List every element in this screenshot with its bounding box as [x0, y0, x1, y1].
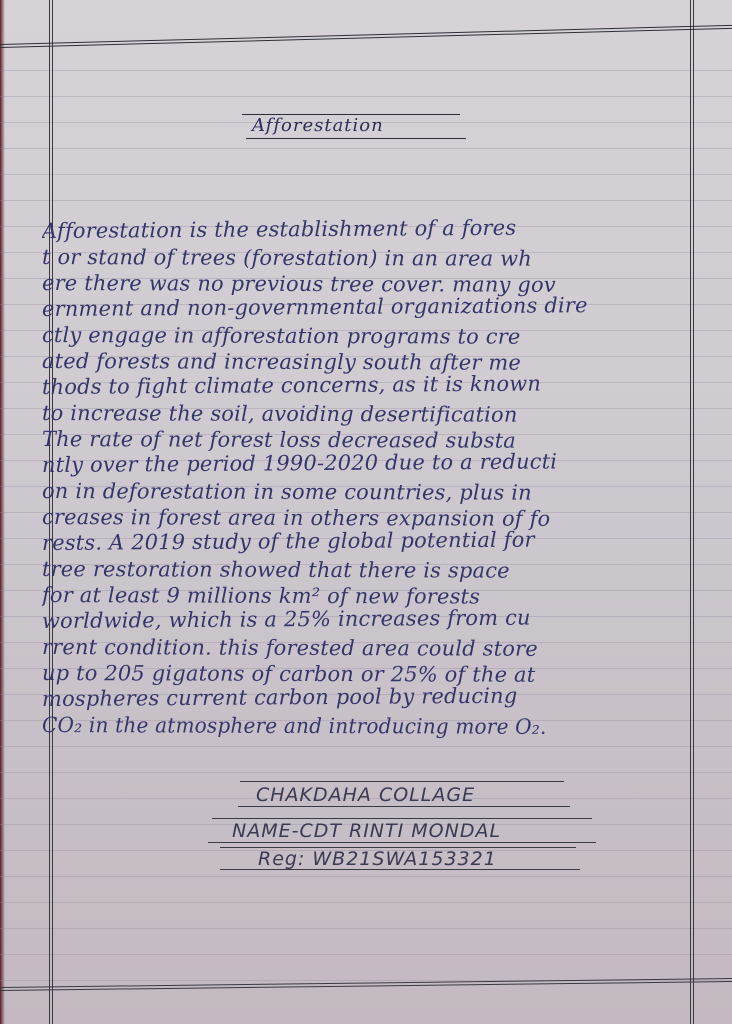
essay-line: thods to fight climate concerns, as it i…: [42, 369, 690, 400]
rule-line: [0, 174, 732, 175]
rule-line: [0, 148, 732, 149]
signature-rule: [220, 869, 580, 870]
essay-line: rests. A 2019 study of the global potent…: [42, 525, 690, 556]
rule-line: [0, 96, 732, 97]
essay-line: to increase the soil, avoiding desertifi…: [42, 400, 690, 428]
rule-line: [0, 876, 732, 877]
essay-line: t or stand of trees (forestation) in an …: [42, 244, 690, 272]
rule-line: [0, 772, 732, 773]
essay-line: worldwide, which is a 25% increases from…: [42, 603, 690, 634]
essay-line: rrent condition. this forested area coul…: [42, 634, 690, 662]
essay-line: CO₂ in the atmosphere and introducing mo…: [42, 712, 662, 740]
essay-line: ernment and non-governmental organizatio…: [42, 291, 690, 322]
rule-line: [0, 928, 732, 929]
rule-line: [0, 954, 732, 955]
essay-body: Afforestation is the establishment of a …: [42, 218, 692, 738]
essay-line: ctly engage in afforestation programs to…: [42, 322, 690, 350]
essay-line: ntly over the period 1990-2020 due to a …: [42, 447, 690, 478]
right-margin-line-inner: [693, 0, 694, 1024]
student-name: NAME-CDT RINTI MONDAL: [232, 820, 501, 842]
essay-line: tree restoration showed that there is sp…: [42, 556, 690, 584]
rule-line: [0, 902, 732, 903]
college-name: CHAKDAHA COLLAGE: [256, 784, 475, 806]
title-underline-bottom: [246, 138, 466, 139]
essay-line: on in deforestation in some countries, p…: [42, 478, 690, 506]
page-title: Afforestation: [252, 115, 384, 136]
rule-line: [0, 70, 732, 71]
rule-line: [0, 200, 732, 201]
essay-line: mospheres current carbon pool by reducin…: [42, 681, 690, 712]
signature-rule: [208, 842, 596, 843]
essay-line: Afforestation is the establishment of a …: [42, 213, 690, 244]
rule-line: [0, 746, 732, 747]
signature-rule: [240, 781, 564, 782]
registration-number: Reg: WB21SWA153321: [258, 848, 497, 870]
signature-rule: [238, 806, 570, 807]
signature-rule: [212, 818, 592, 819]
notebook-page: Afforestation Afforestation is the estab…: [0, 0, 732, 1024]
